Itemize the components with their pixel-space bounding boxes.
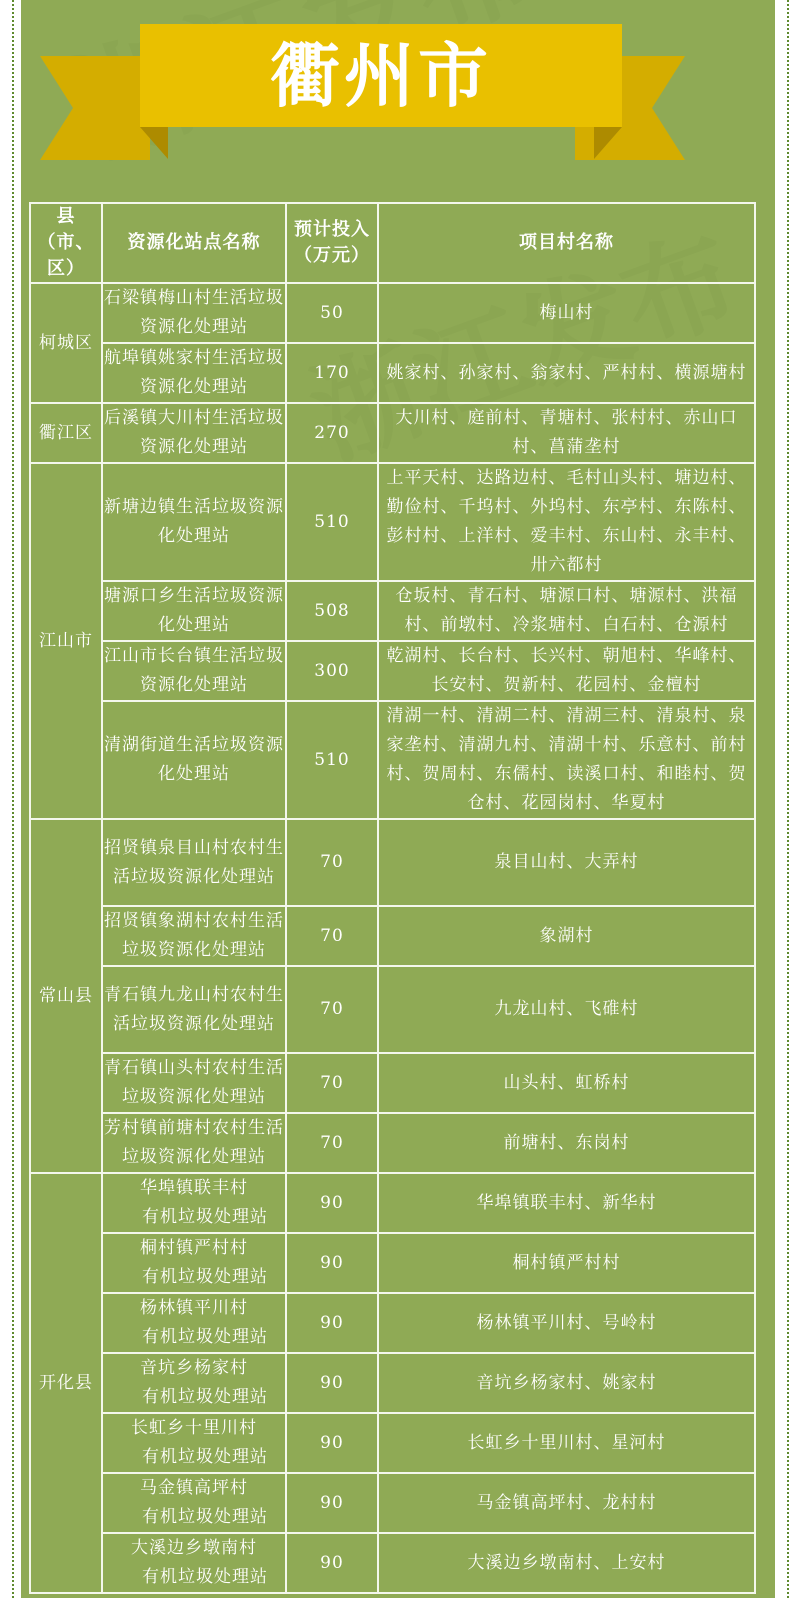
station-cell: 芳村镇前塘村农村生活垃圾资源化处理站: [102, 1113, 286, 1173]
villages-cell: 泉目山村、大弄村: [378, 819, 755, 906]
investment-cell: 170: [286, 343, 378, 403]
villages-cell: 桐村镇严村村: [378, 1233, 755, 1293]
station-cell: 清湖街道生活垃圾资源化处理站: [102, 701, 286, 819]
station-name-line2: 有机垃圾处理站: [104, 1203, 284, 1232]
county-cell: 衢江区: [30, 403, 102, 463]
table-row: 衢江区 后溪镇大川村生活垃圾资源化处理站 270 大川村、庭前村、青塘村、张村村…: [30, 403, 755, 463]
station-cell: 大溪边乡墩南村 有机垃圾处理站: [102, 1533, 286, 1593]
table-row: 长虹乡十里川村 有机垃圾处理站 90 长虹乡十里川村、星河村: [30, 1413, 755, 1473]
table-row: 江山市长台镇生活垃圾资源化处理站 300 乾湖村、长台村、长兴村、朝旭村、华峰村…: [30, 641, 755, 701]
villages-cell: 象湖村: [378, 906, 755, 966]
investment-cell: 510: [286, 701, 378, 819]
investment-cell: 90: [286, 1353, 378, 1413]
villages-cell: 杨林镇平川村、号岭村: [378, 1293, 755, 1353]
investment-cell: 90: [286, 1293, 378, 1353]
station-cell: 招贤镇象湖村农村生活垃圾资源化处理站: [102, 906, 286, 966]
villages-cell: 上平天村、达路边村、毛村山头村、塘边村、勤俭村、千坞村、外坞村、东亭村、东陈村、…: [378, 463, 755, 581]
investment-cell: 70: [286, 966, 378, 1053]
table-row: 常山县 招贤镇泉目山村农村生活垃圾资源化处理站 70 泉目山村、大弄村: [30, 819, 755, 906]
villages-cell: 仓坂村、青石村、塘源口村、塘源村、洪福村、前墩村、冷浆塘村、白石村、仓源村: [378, 581, 755, 641]
station-cell: 塘源口乡生活垃圾资源化处理站: [102, 581, 286, 641]
investment-cell: 90: [286, 1533, 378, 1593]
county-cell: 开化县: [30, 1173, 102, 1593]
station-cell: 音坑乡杨家村 有机垃圾处理站: [102, 1353, 286, 1413]
villages-cell: 华埠镇联丰村、新华村: [378, 1173, 755, 1233]
villages-cell: 山头村、虹桥村: [378, 1053, 755, 1113]
station-cell: 桐村镇严村村 有机垃圾处理站: [102, 1233, 286, 1293]
station-cell: 新塘边镇生活垃圾资源化处理站: [102, 463, 286, 581]
station-cell: 华埠镇联丰村 有机垃圾处理站: [102, 1173, 286, 1233]
investment-cell: 510: [286, 463, 378, 581]
villages-cell: 前塘村、东岗村: [378, 1113, 755, 1173]
villages-cell: 马金镇高坪村、龙村村: [378, 1473, 755, 1533]
investment-cell: 70: [286, 906, 378, 966]
villages-cell: 清湖一村、清湖二村、清湖三村、清泉村、泉家垄村、清湖九村、清湖十村、乐意村、前村…: [378, 701, 755, 819]
table-row: 大溪边乡墩南村 有机垃圾处理站 90 大溪边乡墩南村、上安村: [30, 1533, 755, 1593]
table-row: 青石镇山头村农村生活垃圾资源化处理站 70 山头村、虹桥村: [30, 1053, 755, 1113]
investment-cell: 270: [286, 403, 378, 463]
county-cell: 常山县: [30, 819, 102, 1173]
villages-cell: 乾湖村、长台村、长兴村、朝旭村、华峰村、长安村、贺新村、花园村、金檀村: [378, 641, 755, 701]
investment-cell: 70: [286, 1113, 378, 1173]
investment-cell: 70: [286, 1053, 378, 1113]
dotted-border-right: [787, 0, 789, 1598]
station-name-line1: 大溪边乡墩南村: [131, 1538, 257, 1558]
investment-cell: 90: [286, 1233, 378, 1293]
header-row: 县（市、区） 资源化站点名称 预计投入（万元） 项目村名称: [30, 203, 755, 283]
villages-cell: 大溪边乡墩南村、上安村: [378, 1533, 755, 1593]
station-name-line1: 音坑乡杨家村: [140, 1358, 248, 1378]
table-row: 招贤镇象湖村农村生活垃圾资源化处理站 70 象湖村: [30, 906, 755, 966]
station-cell: 长虹乡十里川村 有机垃圾处理站: [102, 1413, 286, 1473]
table-row: 塘源口乡生活垃圾资源化处理站 508 仓坂村、青石村、塘源口村、塘源村、洪福村、…: [30, 581, 755, 641]
station-cell: 后溪镇大川村生活垃圾资源化处理站: [102, 403, 286, 463]
station-cell: 石梁镇梅山村生活垃圾资源化处理站: [102, 283, 286, 343]
villages-cell: 大川村、庭前村、青塘村、张村村、赤山口村、菖蒲垄村: [378, 403, 755, 463]
table-row: 音坑乡杨家村 有机垃圾处理站 90 音坑乡杨家村、姚家村: [30, 1353, 755, 1413]
station-cell: 招贤镇泉目山村农村生活垃圾资源化处理站: [102, 819, 286, 906]
investment-cell: 90: [286, 1413, 378, 1473]
header-station: 资源化站点名称: [102, 203, 286, 283]
table-row: 杨林镇平川村 有机垃圾处理站 90 杨林镇平川村、号岭村: [30, 1293, 755, 1353]
table-row: 开化县 华埠镇联丰村 有机垃圾处理站 90 华埠镇联丰村、新华村: [30, 1173, 755, 1233]
page-title: 衢州市: [270, 41, 492, 111]
station-name-line2: 有机垃圾处理站: [104, 1503, 284, 1532]
station-name-line1: 长虹乡十里川村: [131, 1418, 257, 1438]
station-name-line2: 有机垃圾处理站: [104, 1263, 284, 1292]
table-row: 柯城区 石梁镇梅山村生活垃圾资源化处理站 50 梅山村: [30, 283, 755, 343]
station-name-line1: 桐村镇严村村: [140, 1238, 248, 1258]
table-row: 青石镇九龙山村农村生活垃圾资源化处理站 70 九龙山村、飞碓村: [30, 966, 755, 1053]
title-banner: 衢州市: [140, 24, 622, 127]
villages-cell: 长虹乡十里川村、星河村: [378, 1413, 755, 1473]
station-name-line2: 有机垃圾处理站: [104, 1443, 284, 1472]
header-county: 县（市、区）: [30, 203, 102, 283]
station-name-line1: 马金镇高坪村: [140, 1478, 248, 1498]
investment-cell: 300: [286, 641, 378, 701]
header-villages: 项目村名称: [378, 203, 755, 283]
investment-cell: 90: [286, 1173, 378, 1233]
station-name-line1: 杨林镇平川村: [140, 1298, 248, 1318]
villages-cell: 梅山村: [378, 283, 755, 343]
station-name-line1: 华埠镇联丰村: [140, 1178, 248, 1198]
dotted-border-left: [12, 0, 14, 1598]
station-cell: 杨林镇平川村 有机垃圾处理站: [102, 1293, 286, 1353]
table-row: 芳村镇前塘村农村生活垃圾资源化处理站 70 前塘村、东岗村: [30, 1113, 755, 1173]
station-cell: 青石镇山头村农村生活垃圾资源化处理站: [102, 1053, 286, 1113]
table-row: 清湖街道生活垃圾资源化处理站 510 清湖一村、清湖二村、清湖三村、清泉村、泉家…: [30, 701, 755, 819]
county-cell: 柯城区: [30, 283, 102, 403]
county-cell: 江山市: [30, 463, 102, 819]
table-row: 马金镇高坪村 有机垃圾处理站 90 马金镇高坪村、龙村村: [30, 1473, 755, 1533]
investment-cell: 508: [286, 581, 378, 641]
investment-cell: 70: [286, 819, 378, 906]
villages-cell: 音坑乡杨家村、姚家村: [378, 1353, 755, 1413]
table-row: 桐村镇严村村 有机垃圾处理站 90 桐村镇严村村: [30, 1233, 755, 1293]
station-cell: 马金镇高坪村 有机垃圾处理站: [102, 1473, 286, 1533]
station-name-line2: 有机垃圾处理站: [104, 1383, 284, 1412]
investment-cell: 90: [286, 1473, 378, 1533]
station-cell: 江山市长台镇生活垃圾资源化处理站: [102, 641, 286, 701]
header-investment: 预计投入（万元）: [286, 203, 378, 283]
station-table: 县（市、区） 资源化站点名称 预计投入（万元） 项目村名称 柯城区 石梁镇梅山村…: [29, 202, 756, 1594]
villages-cell: 姚家村、孙家村、翁家村、严村村、横源塘村: [378, 343, 755, 403]
station-cell: 青石镇九龙山村农村生活垃圾资源化处理站: [102, 966, 286, 1053]
station-name-line2: 有机垃圾处理站: [104, 1323, 284, 1352]
station-name-line2: 有机垃圾处理站: [104, 1563, 284, 1592]
investment-cell: 50: [286, 283, 378, 343]
table-row: 江山市 新塘边镇生活垃圾资源化处理站 510 上平天村、达路边村、毛村山头村、塘…: [30, 463, 755, 581]
station-cell: 航埠镇姚家村生活垃圾资源化处理站: [102, 343, 286, 403]
villages-cell: 九龙山村、飞碓村: [378, 966, 755, 1053]
table-row: 航埠镇姚家村生活垃圾资源化处理站 170 姚家村、孙家村、翁家村、严村村、横源塘…: [30, 343, 755, 403]
